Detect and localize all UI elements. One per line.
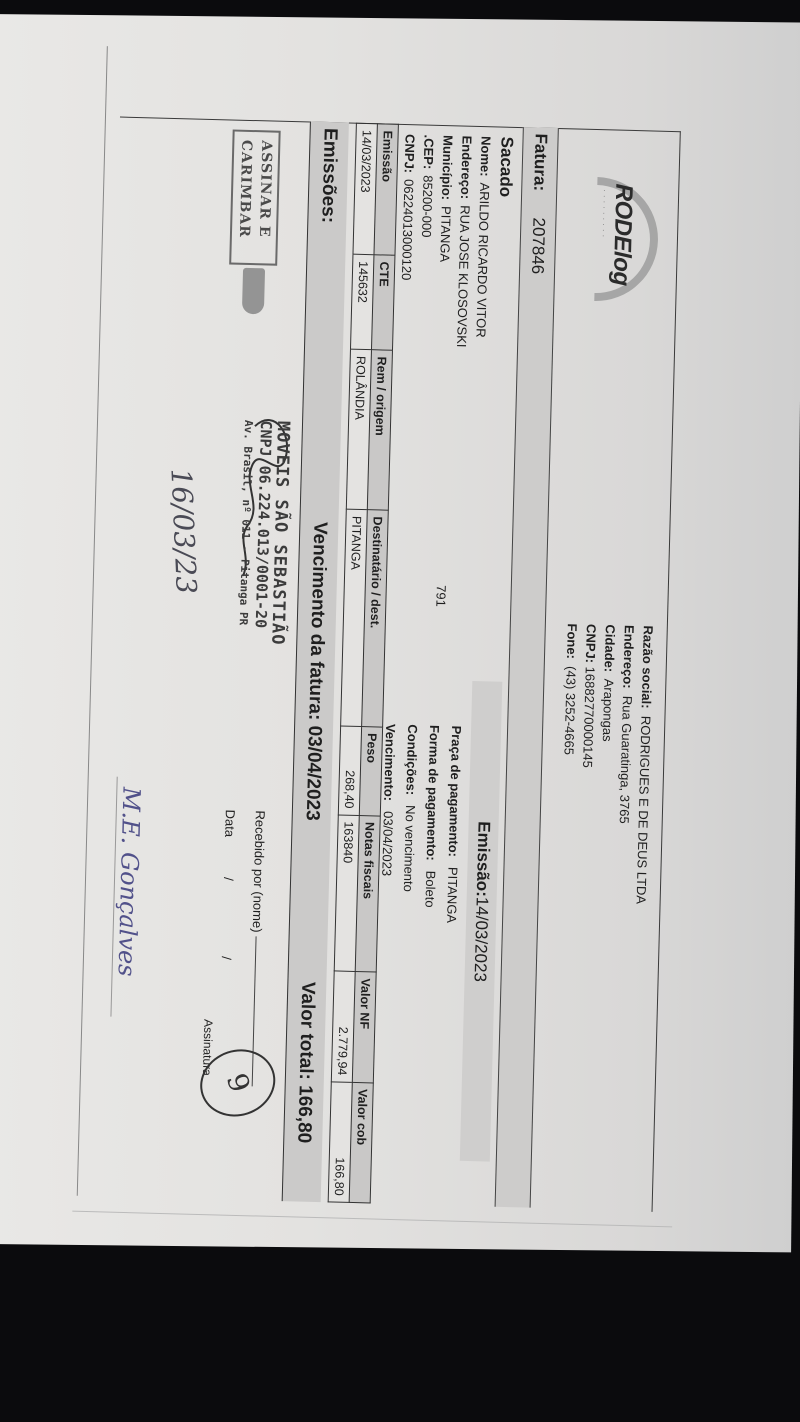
recebido-label: Recebido por (nome) [250,810,268,932]
cidade-label: Cidade: [602,624,618,672]
fatura-label: Fatura: [529,133,551,191]
cell-cte: 145632 [350,254,373,349]
issuer-info: Razão social: RODRIGUES E DE DEUS LTDA E… [556,623,658,904]
col-notas-fiscais: Notas fiscais [355,815,380,972]
pointing-hand-icon [242,268,265,315]
logo-tagline-dots: ········· [599,189,609,240]
vencimento-value: 03/04/2023 [379,811,396,876]
endereco-numero: 791 [433,585,449,607]
emissao-label: Emissão: [473,821,494,897]
fone-value: (43) 3252-4665 [561,666,578,755]
municipio-value: PITANGA [437,206,453,262]
praca-label: Praça de pagamento: [446,725,464,857]
endereco-label: Endereço: [620,625,637,689]
sacado-cnpj-value: 06224013000120 [399,179,417,281]
receipt-section: Recebido por (nome) Data/ / Assinatura [210,809,273,1086]
emissoes-label: Emissões: [316,128,340,224]
cidade-value: Arapongas [600,679,617,742]
cnpj-value: 16882770000145 [580,666,598,768]
razao-social-value: RODRIGUES E DE DEUS LTDA [634,716,654,905]
stamp-line-2: CARIMBAR [233,140,256,255]
sacado-endereco-label: Endereço: [458,135,475,199]
vencimento-fatura: Vencimento da fatura: 03/04/2023 [301,522,331,821]
page-edge-rule [72,1211,672,1228]
praca-value: PITANGA [444,867,460,923]
valor-total: Valor total: 166,80 [292,981,318,1143]
cell-peso: 268,40 [338,726,361,815]
cell-valor-cob: 166,80 [328,1082,352,1203]
cnpj-label: CNPJ: [583,624,599,663]
col-cte: CTE [371,255,394,350]
cell-rem-origem: ROLÂNDIA [346,349,371,509]
cell-notas-fiscais: 163840 [334,815,359,972]
company-logo: RODElog ········· [582,169,665,301]
emissao-date: 14/03/2023 [470,897,491,983]
fatura-number: 207846 [527,217,548,274]
nome-value: ARILDO RICARDO VITOR [473,182,492,337]
cep-value: 85200-000 [419,175,436,238]
endereco-value: Rua Guaratinga, 3765 [617,696,635,824]
vencimento-label: Vencimento: [381,724,398,802]
nome-label: Nome: [478,136,494,177]
cell-emissao: 14/03/2023 [353,123,377,255]
forma-value: Boleto [422,871,438,908]
invoice: RODElog ········· Razão social: RODRIGUE… [93,117,681,1211]
sacado-cnpj-label: CNPJ: [402,134,418,173]
sacado-endereco-value: RUA JOSE KLOSOVSKI [454,205,473,348]
col-rem-origem: Rem / origem [367,350,392,510]
cell-valor-nf: 2.779,94 [331,971,355,1082]
photo-background: RODElog ········· Razão social: RODRIGUE… [0,0,800,1422]
condicoes-label: Condições: [403,724,420,795]
handwritten-date: 16/03/23 [164,468,202,595]
col-valor-nf: Valor NF [352,972,376,1083]
col-emissao: Emissão [374,124,398,256]
col-valor-cob: Valor cob [349,1082,373,1203]
payment-info: Praça de pagamento:PITANGA Forma de paga… [374,724,467,924]
logo-brand: RODElog [607,183,638,286]
cep-label: .CEP: [421,134,437,169]
condicoes-value: No vencimento [401,805,418,892]
stamp-line-1: ASSINAR E [253,140,276,255]
paper-sheet: RODElog ········· Razão social: RODRIGUE… [0,14,800,1252]
municipio-label: Município: [439,135,456,200]
col-peso: Peso [359,726,382,815]
assinar-carimbar-stamp: ASSINAR E CARIMBAR [229,129,281,265]
fone-label: Fone: [564,623,580,659]
company-stamp: MOVEIS SÃO SEBASTIÃO CNPJ 06.224.013/000… [234,420,291,646]
razao-social-label: Razão social: [639,625,656,708]
date-slashes: / / [218,877,236,996]
forma-label: Forma de pagamento: [424,725,443,861]
data-label: Data [222,809,238,837]
